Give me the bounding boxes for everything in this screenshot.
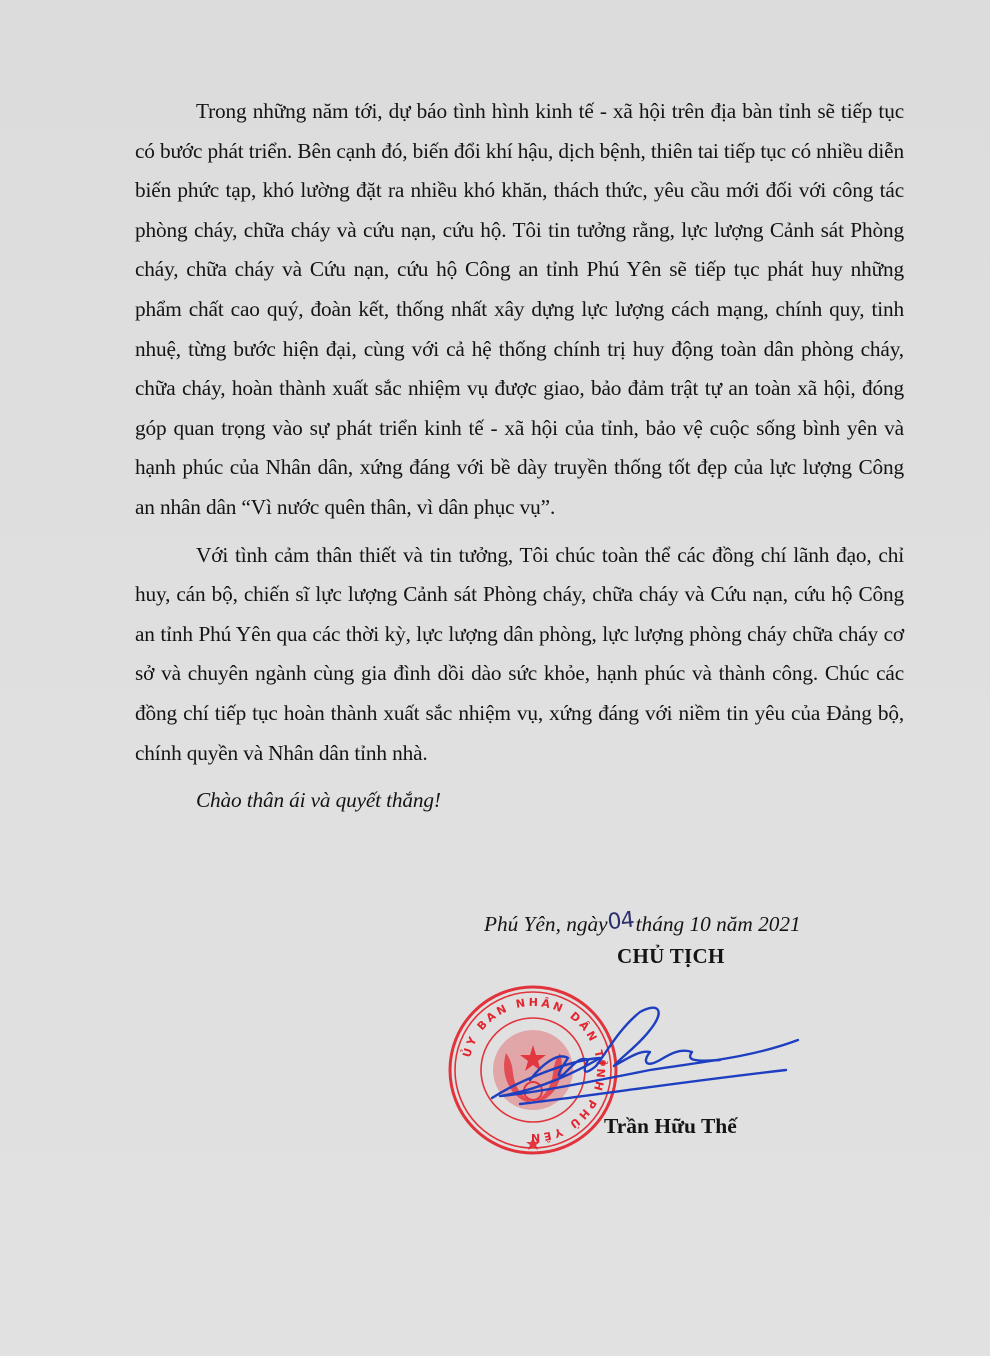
signer-name: Trần Hữu Thế [604,1114,737,1139]
document-page: Trong những năm tới, dự báo tình hình ki… [0,0,990,1356]
handwritten-day: 04 [606,908,632,935]
place-prefix: Phú Yên, ngày [484,912,608,936]
paragraph-outlook: Trong những năm tới, dự báo tình hình ki… [135,92,904,528]
date-suffix: tháng 10 năm 2021 [636,912,801,936]
closing-salutation: Chào thân ái và quyết thắng! [135,781,904,821]
handwritten-signature-icon [480,1000,810,1130]
paragraph-wishes: Với tình cảm thân thiết và tin tưởng, Tô… [135,536,904,774]
letter-body: Trong những năm tới, dự báo tình hình ki… [135,92,904,821]
signer-title: CHỦ TỊCH [617,944,725,969]
place-date-line: Phú Yên, ngày04tháng 10 năm 2021 [484,912,801,937]
